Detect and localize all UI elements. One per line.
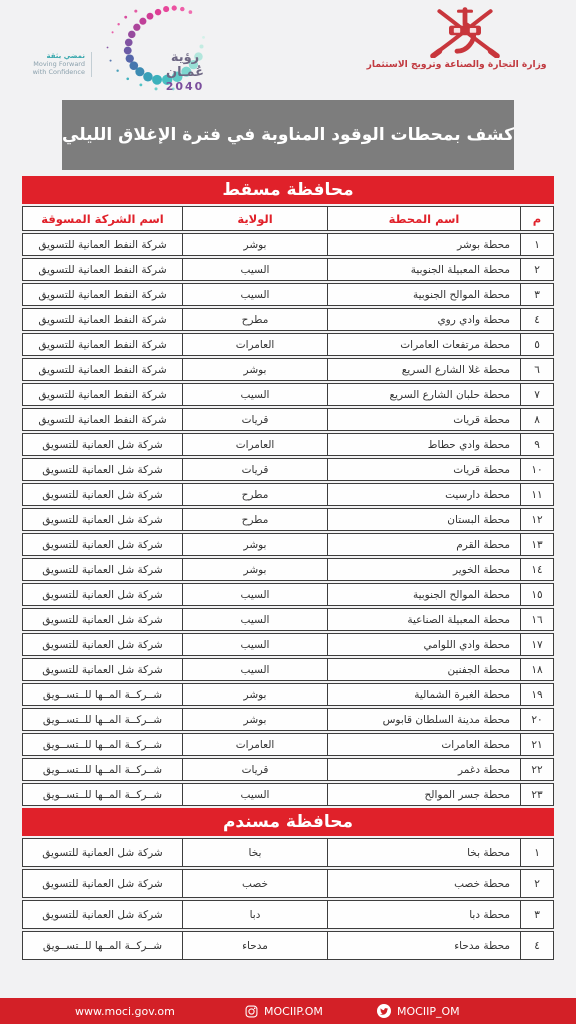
table-row: ٤ محطة وادي روي مطرح شركة النفط العمانية… — [22, 308, 554, 331]
company-cell: شركة شل العمانية للتسويق — [23, 459, 182, 480]
station-name-cell: محطة وادي روي — [327, 309, 520, 330]
company-cell: شركة شل العمانية للتسويق — [23, 534, 182, 555]
row-number-cell: ١٧ — [520, 634, 553, 655]
wilaya-cell: العامرات — [182, 334, 327, 355]
table-row: ١٥ محطة الموالح الجنوبية السيب شركة شل ا… — [22, 583, 554, 606]
row-number-cell: ٨ — [520, 409, 553, 430]
row-number-cell: ١٥ — [520, 584, 553, 605]
table-row: ١٨ محطة الجفنين السيب شركة شل العمانية ل… — [22, 658, 554, 681]
wilaya-cell: بوشر — [182, 359, 327, 380]
wilaya-cell: بوشر — [182, 709, 327, 730]
table-row: ١٧ محطة وادي اللوامي السيب شركة شل العما… — [22, 633, 554, 656]
twitter-handle-text: MOCIIP_OM — [397, 1005, 460, 1018]
wilaya-cell: مطرح — [182, 484, 327, 505]
row-number-cell: ٢٣ — [520, 784, 553, 805]
vision-tagline: نمضي بثقة Moving Forward with Confidence — [32, 52, 92, 77]
vision-wordmark: رؤية عُمـان 2040 — [150, 50, 220, 93]
wilaya-cell: السيب — [182, 784, 327, 805]
station-name-cell: محطة قريات — [327, 459, 520, 480]
governorate-title: محافظة مسقط — [222, 180, 353, 200]
table-row: ٣ محطة الموالح الجنوبية السيب شركة النفط… — [22, 283, 554, 306]
row-number-cell: ٤ — [520, 932, 553, 959]
station-name-cell: محطة مرتفعات العامرات — [327, 334, 520, 355]
station-name-cell: محطة الموالح الجنوبية — [327, 584, 520, 605]
station-name-cell: محطة غلا الشارع السريع — [327, 359, 520, 380]
table-header-row: م اسم المحطة الولاية اسم الشركة المسوقة — [22, 206, 554, 231]
company-cell: شركة النفط العمانية للتسويق — [23, 284, 182, 305]
station-name-cell: محطة القرم — [327, 534, 520, 555]
company-cell: شركة النفط العمانية للتسويق — [23, 259, 182, 280]
table-row: ١ محطة بخا بخا شركة شل العمانية للتسويق — [22, 838, 554, 867]
table-row: ٨ محطة قريات قريات شركة النفط العمانية ل… — [22, 408, 554, 431]
ministry-name-text: وزارة التجارة والصناعة وترويج الاستثمار — [383, 59, 546, 70]
station-name-cell: محطة الغبرة الشمالية — [327, 684, 520, 705]
company-cell: شــركــة المــها للــتســويق — [23, 684, 182, 705]
row-number-cell: ٥ — [520, 334, 553, 355]
table-row: ٢٢ محطة دغمر قريات شــركــة المــها للــ… — [22, 758, 554, 781]
station-name-cell: محطة جسر الموالح — [327, 784, 520, 805]
row-number-cell: ٦ — [520, 359, 553, 380]
row-number-cell: ٣ — [520, 284, 553, 305]
table-row: ١١ محطة دارسيت مطرح شركة شل العمانية للت… — [22, 483, 554, 506]
wilaya-cell: العامرات — [182, 734, 327, 755]
station-name-cell: محطة البستان — [327, 509, 520, 530]
governorate-header: محافظة مسقط — [22, 176, 554, 204]
company-cell: شــركــة المــها للــتســويق — [23, 709, 182, 730]
station-name-cell: محطة حلبان الشارع السريع — [327, 384, 520, 405]
table-row: ١٤ محطة الخوير بوشر شركة شل العمانية للت… — [22, 558, 554, 581]
company-cell: شركة شل العمانية للتسويق — [23, 609, 182, 630]
station-name-cell: محطة دبا — [327, 901, 520, 928]
title-banner: كشف بمحطات الوقود المناوبة في فترة الإغل… — [62, 100, 514, 170]
station-name-cell: محطة مدينة السلطان قابوس — [327, 709, 520, 730]
company-cell: شركة شل العمانية للتسويق — [23, 901, 182, 928]
station-name-cell: محطة الجفنين — [327, 659, 520, 680]
station-name-cell: محطة خصب — [327, 870, 520, 897]
company-cell: شركة شل العمانية للتسويق — [23, 434, 182, 455]
column-header-station: اسم المحطة — [327, 207, 520, 230]
row-number-cell: ٩ — [520, 434, 553, 455]
station-name-cell: محطة دارسيت — [327, 484, 520, 505]
governorate-section: محافظة مسندم ١ محطة بخا بخا شركة شل العم… — [22, 808, 554, 960]
company-cell: شركة النفط العمانية للتسويق — [23, 234, 182, 255]
row-number-cell: ١٠ — [520, 459, 553, 480]
column-header-company: اسم الشركة المسوقة — [23, 207, 182, 230]
company-cell: شركة النفط العمانية للتسويق — [23, 309, 182, 330]
table-row: ٢ محطة خصب خصب شركة شل العمانية للتسويق — [22, 869, 554, 898]
wilaya-cell: بوشر — [182, 234, 327, 255]
company-cell: شركة النفط العمانية للتسويق — [23, 384, 182, 405]
table-row: ١٠ محطة قريات قريات شركة شل العمانية للت… — [22, 458, 554, 481]
oman-national-emblem-icon — [425, 6, 505, 58]
column-header-wilaya: الولاية — [182, 207, 327, 230]
wilaya-cell: مطرح — [182, 309, 327, 330]
wilaya-cell: قريات — [182, 459, 327, 480]
wilaya-cell: خصب — [182, 870, 327, 897]
governorate-title: محافظة مسندم — [223, 812, 353, 832]
table-body: ١ محطة بخا بخا شركة شل العمانية للتسويق … — [22, 838, 554, 960]
row-number-cell: ١ — [520, 234, 553, 255]
instagram-icon — [245, 1005, 258, 1018]
wilaya-cell: السيب — [182, 659, 327, 680]
page-title: كشف بمحطات الوقود المناوبة في فترة الإغل… — [62, 125, 514, 145]
vision-tagline-english-2: with Confidence — [32, 68, 85, 76]
table-body: ١ محطة بوشر بوشر شركة النفط العمانية للت… — [22, 233, 554, 806]
table-row: ٢٠ محطة مدينة السلطان قابوس بوشر شــركــ… — [22, 708, 554, 731]
table-row: ٩ محطة وادي حطاط العامرات شركة شل العمان… — [22, 433, 554, 456]
table-row: ١٦ محطة المعبيلة الصناعية السيب شركة شل … — [22, 608, 554, 631]
wilaya-cell: العامرات — [182, 434, 327, 455]
website-link[interactable]: www.moci.gov.om — [75, 998, 175, 1024]
website-url: www.moci.gov.om — [75, 1005, 175, 1018]
company-cell: شركة النفط العمانية للتسويق — [23, 409, 182, 430]
row-number-cell: ٢١ — [520, 734, 553, 755]
station-name-cell: محطة بخا — [327, 839, 520, 866]
table-row: ٣ محطة دبا دبا شركة شل العمانية للتسويق — [22, 900, 554, 929]
station-name-cell: محطة وادي اللوامي — [327, 634, 520, 655]
wilaya-cell: السيب — [182, 634, 327, 655]
row-number-cell: ٢ — [520, 870, 553, 897]
station-name-cell: محطة العامرات — [327, 734, 520, 755]
wilaya-cell: بوشر — [182, 534, 327, 555]
station-name-cell: محطة المعبيلة الجنوبية — [327, 259, 520, 280]
row-number-cell: ٤ — [520, 309, 553, 330]
station-name-cell: محطة مدحاء — [327, 932, 520, 959]
table-row: ٤ محطة مدحاء مدحاء شــركــة المــها للــ… — [22, 931, 554, 960]
table-row: ٦ محطة غلا الشارع السريع بوشر شركة النفط… — [22, 358, 554, 381]
row-number-cell: ٢٢ — [520, 759, 553, 780]
row-number-cell: ١٩ — [520, 684, 553, 705]
wilaya-cell: مدحاء — [182, 932, 327, 959]
wilaya-cell: قريات — [182, 409, 327, 430]
governorate-header: محافظة مسندم — [22, 808, 554, 836]
station-name-cell: محطة المعبيلة الصناعية — [327, 609, 520, 630]
row-number-cell: ١٣ — [520, 534, 553, 555]
station-name-cell: محطة الموالح الجنوبية — [327, 284, 520, 305]
instagram-handle[interactable]: MOCIIP.OM — [245, 998, 323, 1024]
vision-tagline-english-1: Moving Forward — [32, 60, 85, 68]
row-number-cell: ٢ — [520, 259, 553, 280]
company-cell: شركة شل العمانية للتسويق — [23, 484, 182, 505]
station-name-cell: محطة دغمر — [327, 759, 520, 780]
station-name-cell: محطة قريات — [327, 409, 520, 430]
row-number-cell: ١٤ — [520, 559, 553, 580]
oman-vision-2040-logo: نمضي بثقة Moving Forward with Confidence… — [28, 2, 228, 98]
company-cell: شــركــة المــها للــتســويق — [23, 932, 182, 959]
ministry-logo: وزارة التجارة والصناعة وترويج الاستثمار — [380, 6, 550, 70]
row-number-cell: ١٢ — [520, 509, 553, 530]
row-number-cell: ١١ — [520, 484, 553, 505]
company-cell: شركة شل العمانية للتسويق — [23, 870, 182, 897]
station-name-cell: محطة وادي حطاط — [327, 434, 520, 455]
company-cell: شــركــة المــها للــتســويق — [23, 784, 182, 805]
twitter-handle[interactable]: MOCIIP_OM — [377, 998, 460, 1024]
table-row: ٢٣ محطة جسر الموالح السيب شــركــة المــ… — [22, 783, 554, 806]
station-name-cell: محطة بوشر — [327, 234, 520, 255]
instagram-handle-text: MOCIIP.OM — [264, 1005, 323, 1018]
wilaya-cell: السيب — [182, 284, 327, 305]
table-row: ١٩ محطة الغبرة الشمالية بوشر شــركــة ال… — [22, 683, 554, 706]
company-cell: شركة شل العمانية للتسويق — [23, 559, 182, 580]
wilaya-cell: السيب — [182, 609, 327, 630]
company-cell: شركة النفط العمانية للتسويق — [23, 334, 182, 355]
row-number-cell: ١ — [520, 839, 553, 866]
station-name-cell: محطة الخوير — [327, 559, 520, 580]
wilaya-cell: السيب — [182, 259, 327, 280]
wilaya-cell: بوشر — [182, 559, 327, 580]
vision-tagline-arabic: نمضي بثقة — [32, 52, 85, 60]
company-cell: شركة شل العمانية للتسويق — [23, 584, 182, 605]
wilaya-cell: دبا — [182, 901, 327, 928]
company-cell: شركة شل العمانية للتسويق — [23, 659, 182, 680]
row-number-cell: ١٦ — [520, 609, 553, 630]
company-cell: شركة النفط العمانية للتسويق — [23, 359, 182, 380]
column-header-number: م — [520, 207, 553, 230]
table-row: ١٣ محطة القرم بوشر شركة شل العمانية للتس… — [22, 533, 554, 556]
table-row: ١ محطة بوشر بوشر شركة النفط العمانية للت… — [22, 233, 554, 256]
company-cell: شركة شل العمانية للتسويق — [23, 509, 182, 530]
footer-bar: www.moci.gov.om MOCIIP.OM MOCIIP_OM — [0, 998, 576, 1024]
company-cell: شــركــة المــها للــتســويق — [23, 759, 182, 780]
company-cell: شركة شل العمانية للتسويق — [23, 839, 182, 866]
row-number-cell: ٢٠ — [520, 709, 553, 730]
stations-table: محافظة مسقط م اسم المحطة الولاية اسم الش… — [22, 176, 554, 962]
company-cell: شــركــة المــها للــتســويق — [23, 734, 182, 755]
row-number-cell: ١٨ — [520, 659, 553, 680]
wilaya-cell: قريات — [182, 759, 327, 780]
page-header: نمضي بثقة Moving Forward with Confidence… — [0, 0, 576, 100]
vision-year-text: 2040 — [150, 80, 220, 93]
wilaya-cell: بوشر — [182, 684, 327, 705]
wilaya-cell: بخا — [182, 839, 327, 866]
table-row: ٢ محطة المعبيلة الجنوبية السيب شركة النف… — [22, 258, 554, 281]
wilaya-cell: مطرح — [182, 509, 327, 530]
table-row: ٢١ محطة العامرات العامرات شــركــة المــ… — [22, 733, 554, 756]
table-row: ٥ محطة مرتفعات العامرات العامرات شركة ال… — [22, 333, 554, 356]
wilaya-cell: السيب — [182, 584, 327, 605]
company-cell: شركة شل العمانية للتسويق — [23, 634, 182, 655]
table-row: ١٢ محطة البستان مطرح شركة شل العمانية لل… — [22, 508, 554, 531]
governorate-section: محافظة مسقط م اسم المحطة الولاية اسم الش… — [22, 176, 554, 806]
vision-title-text: رؤية عُمـان — [150, 50, 220, 80]
table-row: ٧ محطة حلبان الشارع السريع السيب شركة ال… — [22, 383, 554, 406]
row-number-cell: ٧ — [520, 384, 553, 405]
twitter-bird-icon — [377, 1004, 391, 1018]
wilaya-cell: السيب — [182, 384, 327, 405]
row-number-cell: ٣ — [520, 901, 553, 928]
